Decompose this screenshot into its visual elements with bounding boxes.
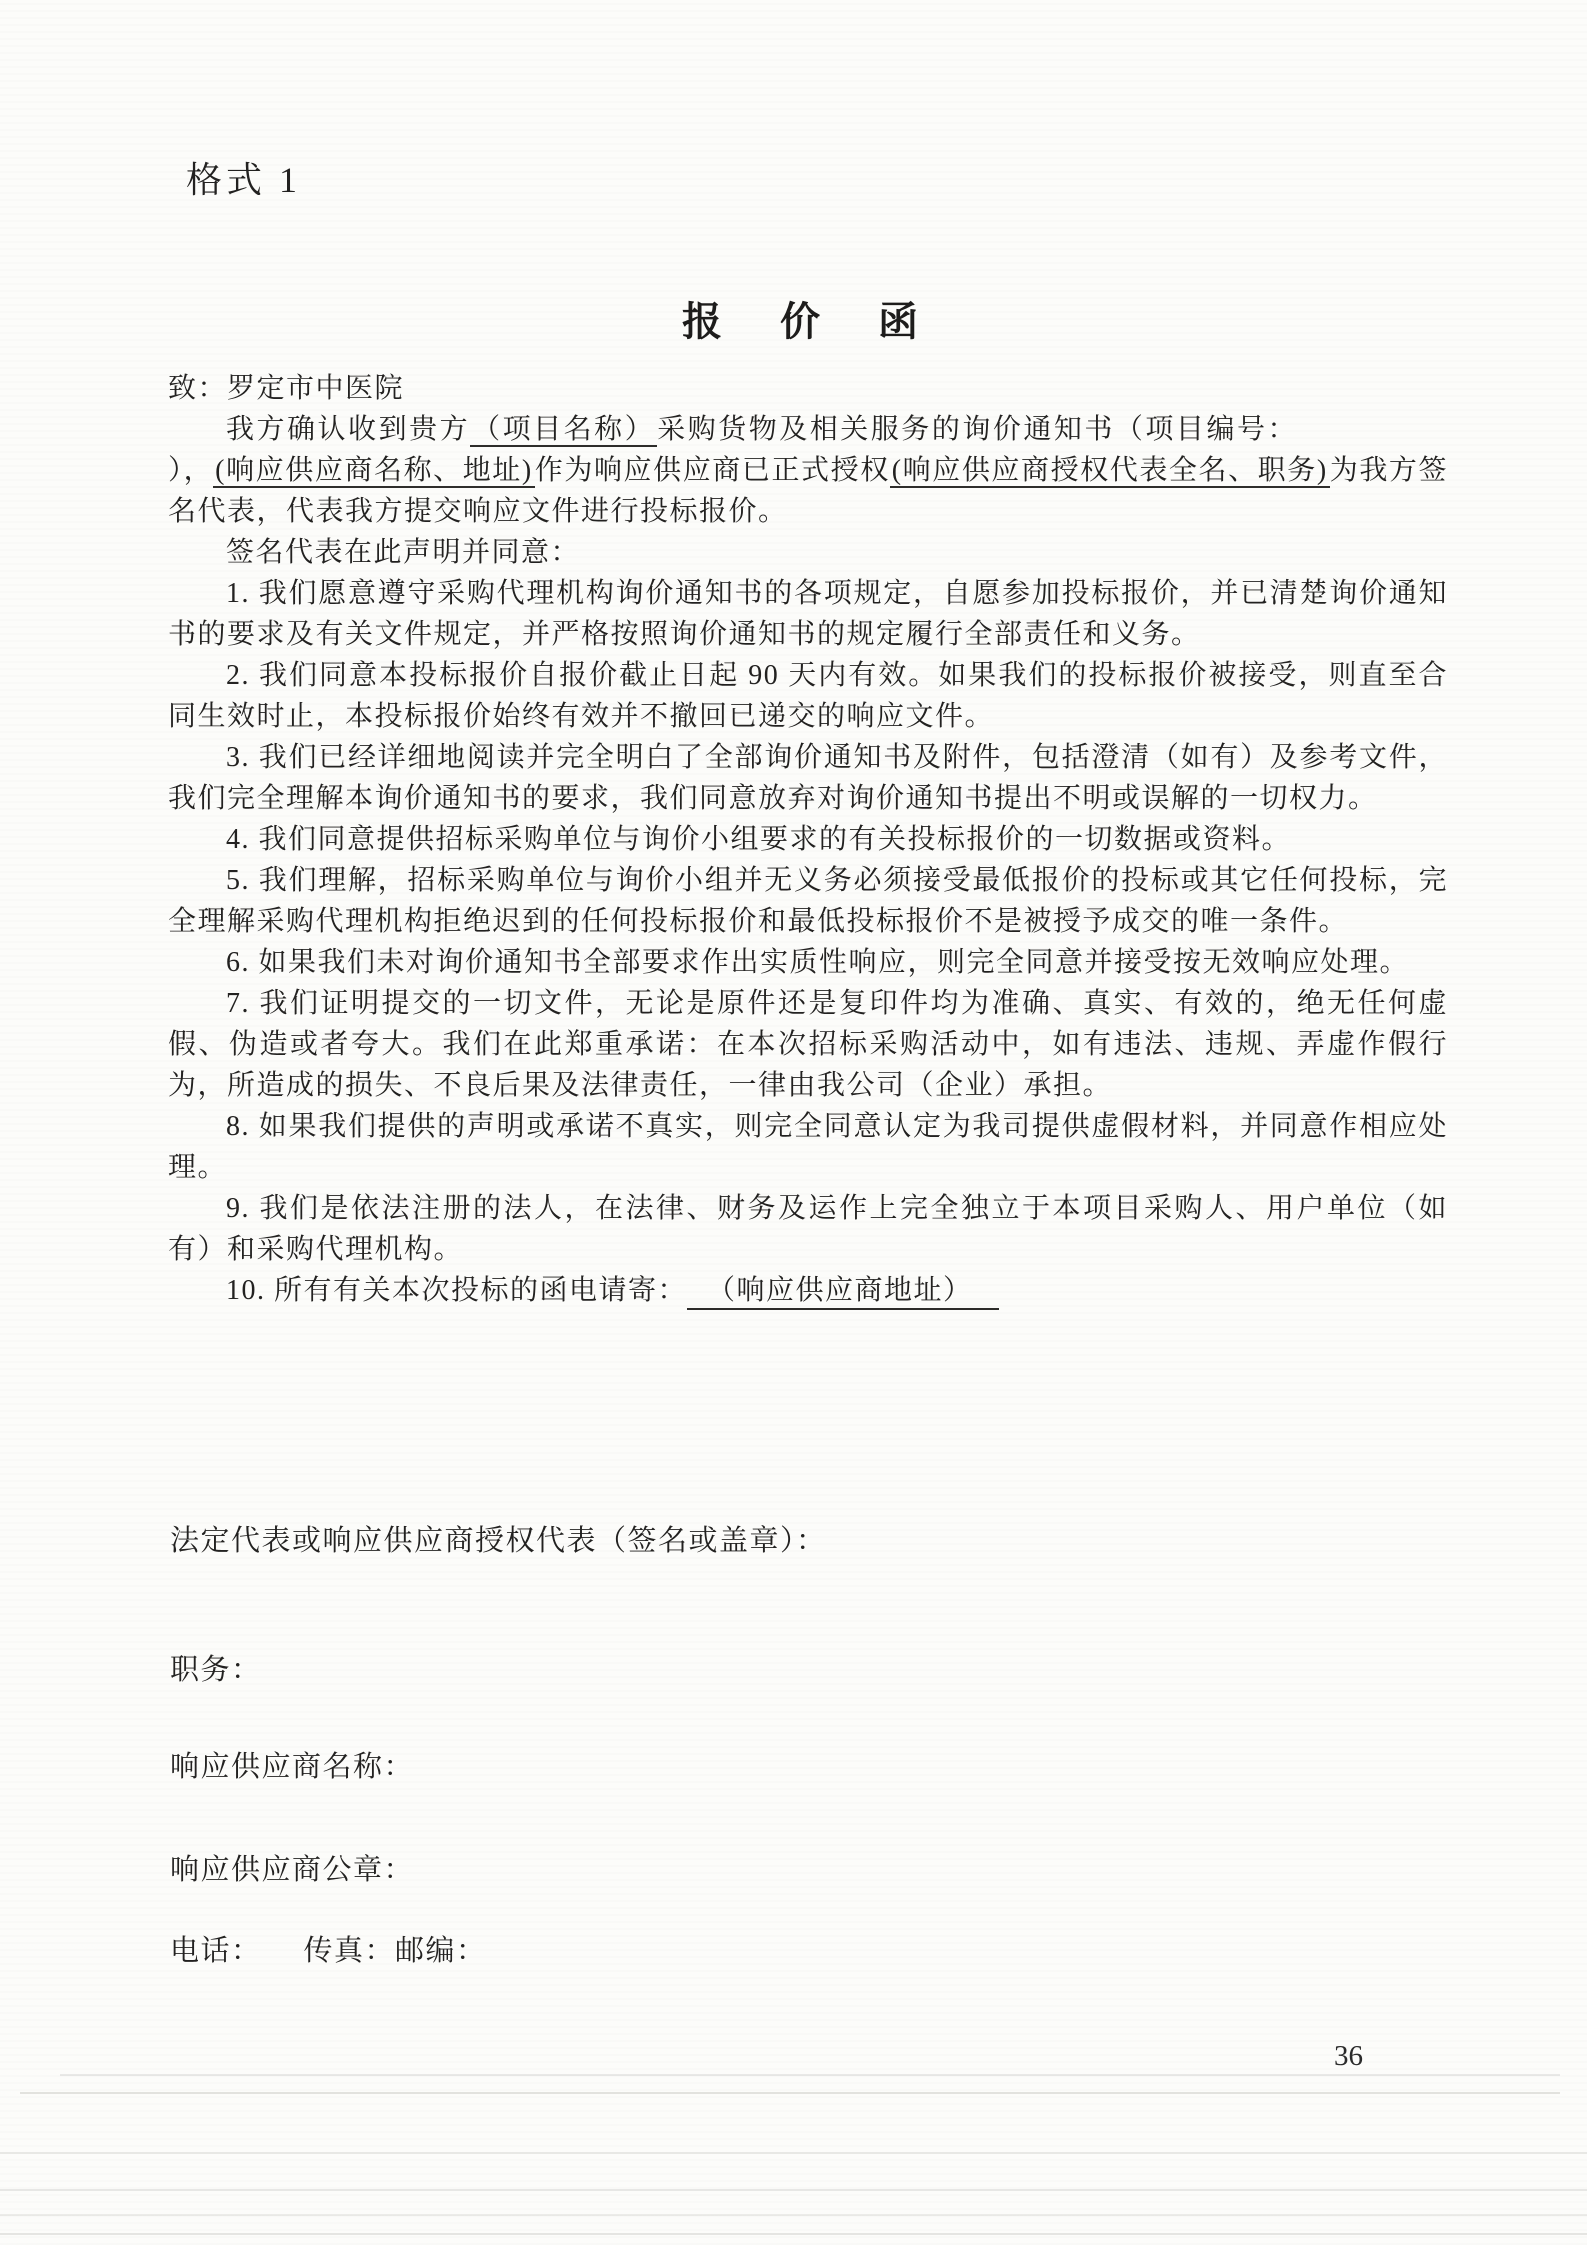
list-item-2: 2. 我们同意本投标报价自报价截止日起 90 天内有效。如果我们的投标报价被接受… xyxy=(168,655,1448,737)
supplier-seal-line: 响应供应商公章： xyxy=(170,1847,1450,1888)
blank-supplier-address: （响应供应商地址） xyxy=(687,1275,999,1310)
scan-artifact-line xyxy=(60,2074,1560,2076)
blank-authorized-rep: (响应供应商授权代表全名、职务) xyxy=(890,455,1330,488)
salutation: 致：罗定市中医院 xyxy=(168,368,1448,409)
phone-label: 电话： xyxy=(170,1935,262,1967)
list-item-7: 7. 我们证明提交的一切文件，无论是原件还是复印件均为准确、真实、有效的，绝无任… xyxy=(168,983,1448,1106)
intro-text-1: 我方确认收到贵方 xyxy=(226,414,470,445)
list-item-5: 5. 我们理解，招标采购单位与询价小组并无义务必须接受最低报价的投标或其它任何投… xyxy=(168,860,1448,942)
scanned-document-page: 格式 1 报 价 函 致：罗定市中医院 我方确认收到贵方（项目名称）采购货物及相… xyxy=(0,0,1587,2245)
list-item-4: 4. 我们同意提供招标采购单位与询价小组要求的有关投标报价的一切数据或资料。 xyxy=(168,819,1448,860)
fax-label: 传真： xyxy=(304,1935,396,1967)
intro-paragraph: 我方确认收到贵方（项目名称）采购货物及相关服务的询价通知书（项目编号：），(响应… xyxy=(168,409,1448,532)
declaration-lead: 签名代表在此声明并同意： xyxy=(168,532,1448,573)
scan-artifact-line xyxy=(20,2092,1560,2094)
list-item-6: 6. 如果我们未对询价通知书全部要求作出实质性响应，则完全同意并接受按无效响应处… xyxy=(168,942,1448,983)
intro-text-2: 采购货物及相关服务的询价通知书（项目编号： xyxy=(657,414,1298,445)
authorized-rep-sign-line: 法定代表或响应供应商授权代表（签名或盖章）： xyxy=(170,1518,1450,1559)
item10-lead: 10. 所有有关本次投标的函电请寄： xyxy=(226,1275,687,1306)
intro-text-3: ）， xyxy=(168,455,213,486)
contact-line: 电话：传真：邮编： xyxy=(170,1928,1450,1969)
scan-artifact-line xyxy=(0,2152,1587,2154)
blank-project-name: （项目名称） xyxy=(470,414,657,447)
format-label: 格式 1 xyxy=(186,152,301,203)
list-item-8: 8. 如果我们提供的声明或承诺不真实，则完全同意认定为我司提供虚假材料，并同意作… xyxy=(168,1106,1448,1188)
document-title: 报 价 函 xyxy=(160,290,1440,347)
scan-artifact-line xyxy=(0,2189,1587,2191)
supplier-name-line: 响应供应商名称： xyxy=(170,1744,1450,1785)
postcode-label: 邮编： xyxy=(395,1935,487,1967)
scan-artifact-line xyxy=(0,2233,1587,2235)
list-item-10: 10. 所有有关本次投标的函电请寄：（响应供应商地址） xyxy=(168,1270,1448,1311)
list-item-3: 3. 我们已经详细地阅读并完全明白了全部询价通知书及附件，包括澄清（如有）及参考… xyxy=(168,737,1448,819)
scan-artifact-line xyxy=(0,2214,1587,2216)
signature-block: 法定代表或响应供应商授权代表（签名或盖章）： 职务： 响应供应商名称： 响应供应… xyxy=(170,1518,1450,1969)
intro-text-4: 作为响应供应商已正式授权 xyxy=(535,455,890,486)
list-item-9: 9. 我们是依法注册的法人，在法律、财务及运作上完全独立于本项目采购人、用户单位… xyxy=(168,1188,1448,1270)
list-item-1: 1. 我们愿意遵守采购代理机构询价通知书的各项规定，自愿参加投标报价，并已清楚询… xyxy=(168,573,1448,655)
page-number: 36 xyxy=(1334,2040,1363,2073)
position-line: 职务： xyxy=(170,1647,1450,1688)
letter-body: 致：罗定市中医院 我方确认收到贵方（项目名称）采购货物及相关服务的询价通知书（项… xyxy=(168,368,1448,1311)
blank-supplier-name-address: (响应供应商名称、地址) xyxy=(213,455,535,488)
